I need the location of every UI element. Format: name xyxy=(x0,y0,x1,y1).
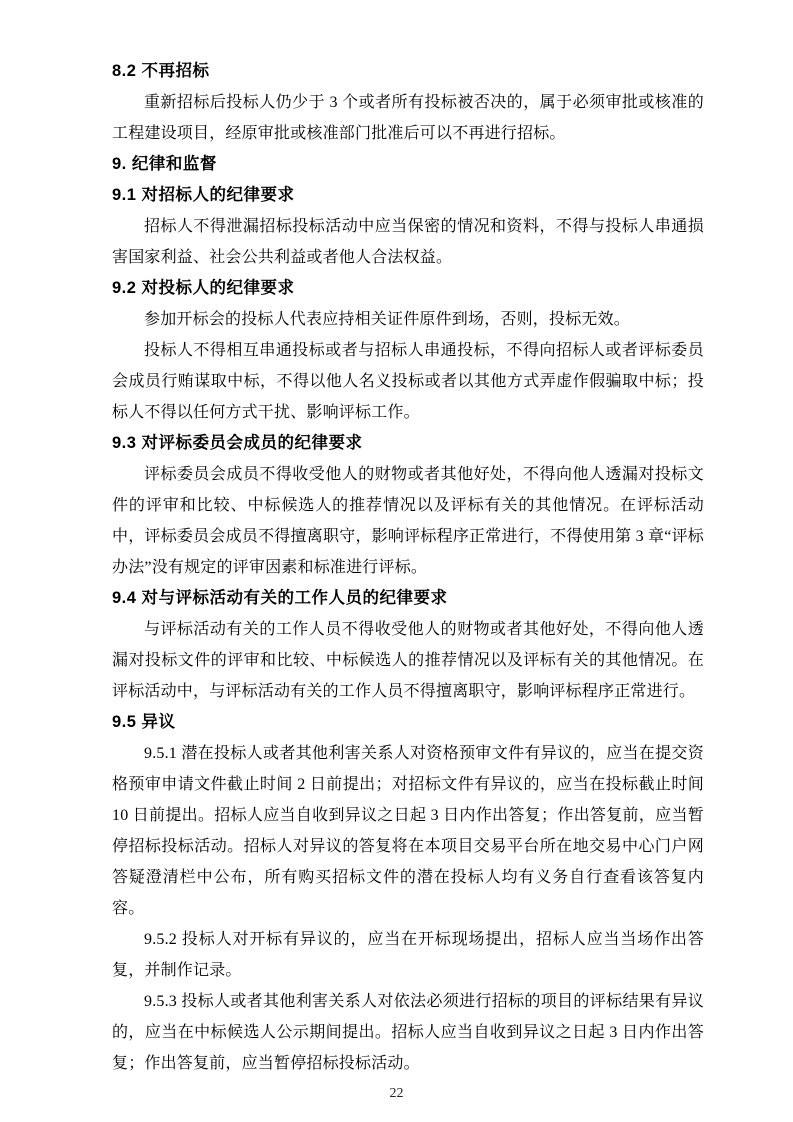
section-heading: 9.2 对投标人的纪律要求 xyxy=(112,273,704,304)
page-footer: 22 xyxy=(0,1084,793,1102)
section-heading: 9.5 异议 xyxy=(112,707,704,738)
section-heading: 8.2 不再招标 xyxy=(112,56,704,87)
section-heading: 9.3 对评标委员会成员的纪律要求 xyxy=(112,428,704,459)
paragraph: 重新招标后投标人仍少于 3 个或者所有投标被否决的，属于必须审批或核准的工程建设… xyxy=(112,87,704,149)
document-body: 8.2 不再招标重新招标后投标人仍少于 3 个或者所有投标被否决的，属于必须审批… xyxy=(112,56,704,1079)
paragraph: 投标人不得相互串通投标或者与招标人串通投标，不得向招标人或者评标委员会成员行贿谋… xyxy=(112,335,704,428)
paragraph: 与评标活动有关的工作人员不得收受他人的财物或者其他好处，不得向他人透漏对投标文件… xyxy=(112,614,704,707)
paragraph: 9.5.2 投标人对开标有异议的，应当在开标现场提出，招标人应当当场作出答复，并… xyxy=(112,924,704,986)
paragraph: 参加开标会的投标人代表应持相关证件原件到场，否则，投标无效。 xyxy=(112,304,704,335)
section-heading: 9. 纪律和监督 xyxy=(112,149,704,180)
paragraph: 评标委员会成员不得收受他人的财物或者其他好处，不得向他人透漏对投标文件的评审和比… xyxy=(112,459,704,583)
page-number: 22 xyxy=(390,1086,404,1101)
paragraph: 9.5.1 潜在投标人或者其他利害关系人对资格预审文件有异议的，应当在提交资格预… xyxy=(112,738,704,924)
document-page: 8.2 不再招标重新招标后投标人仍少于 3 个或者所有投标被否决的，属于必须审批… xyxy=(0,0,793,1122)
section-heading: 9.1 对招标人的纪律要求 xyxy=(112,180,704,211)
paragraph: 招标人不得泄漏招标投标活动中应当保密的情况和资料，不得与投标人串通损害国家利益、… xyxy=(112,211,704,273)
section-heading: 9.4 对与评标活动有关的工作人员的纪律要求 xyxy=(112,583,704,614)
paragraph: 9.5.3 投标人或者其他利害关系人对依法必须进行招标的项目的评标结果有异议的，… xyxy=(112,986,704,1079)
